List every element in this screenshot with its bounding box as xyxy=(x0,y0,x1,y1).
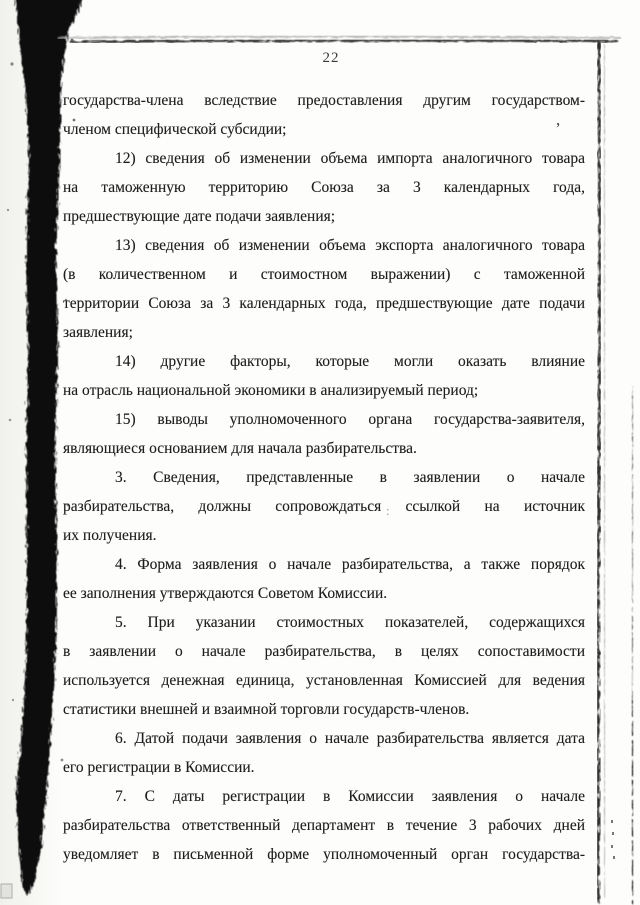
text-line: являющиеся основанием для начала разбира… xyxy=(63,434,585,463)
faint-colon-artifact: : xyxy=(386,503,390,519)
text-line: 12) сведения об изменении объема импорта… xyxy=(63,144,585,173)
top-border-halo xyxy=(58,37,621,39)
text-line: 7. С даты регистрации в Комиссии заявлен… xyxy=(63,782,585,811)
text-line: ее заполнения утверждаются Советом Комис… xyxy=(63,579,585,608)
text-line: 3. Сведения, представленные в заявлении … xyxy=(63,463,585,492)
document-text: государства-члена вследствие предоставле… xyxy=(63,86,585,869)
speck-artifact xyxy=(366,856,369,859)
text-line: территории Союза за 3 календарных года, … xyxy=(63,289,585,318)
text-line: разбирательства ответственный департамен… xyxy=(63,811,585,840)
text-line: его регистрации в Комиссии. xyxy=(63,753,585,782)
text-line: 13) сведения об изменении объема экспорт… xyxy=(63,231,585,260)
text-line: 14) другие факторы, которые могли оказат… xyxy=(63,347,585,376)
text-line: 6. Датой подачи заявления о начале разби… xyxy=(63,724,585,753)
right-margin-line-upper xyxy=(632,385,633,700)
text-line: используется денежная единица, установле… xyxy=(63,666,585,695)
text-line: в заявлении о начале разбирательства, в … xyxy=(63,637,585,666)
text-line: предшествующие дате подачи заявления; xyxy=(63,202,585,231)
text-line: членом специфической субсидии; xyxy=(63,115,585,144)
right-margin-line-lower xyxy=(632,700,633,905)
text-line: заявления; xyxy=(63,318,585,347)
text-line: 5. При указании стоимостных показателей,… xyxy=(63,608,585,637)
top-border-line xyxy=(70,40,618,42)
text-line: их получения. xyxy=(63,521,585,550)
text-line: на таможенную территорию Союза за 3 кале… xyxy=(63,173,585,202)
text-line: 15) выводы уполномоченного органа госуда… xyxy=(63,405,585,434)
text-line: государства-члена вследствие предоставле… xyxy=(63,86,585,115)
right-border-halo xyxy=(604,44,605,900)
scanned-page: 22 государства-члена вследствие предоста… xyxy=(0,0,640,905)
stray-comma-artifact: , xyxy=(556,110,560,130)
page-number: 22 xyxy=(70,50,592,67)
text-line: разбирательства, должны сопровождаться с… xyxy=(63,492,585,521)
text-line: статистики внешней и взаимной торговли г… xyxy=(63,695,585,724)
text-line: на отрасль национальной экономики в анал… xyxy=(63,376,585,405)
right-border-line xyxy=(598,41,600,903)
text-line: 4. Форма заявления о начале разбирательс… xyxy=(63,550,585,579)
text-line: уведомляет в письменной форме уполномоче… xyxy=(63,840,585,869)
corner-mark-artifact xyxy=(1,884,12,898)
dotted-trace-artifact xyxy=(611,820,615,859)
text-line: (в количественном и стоимостном выражени… xyxy=(63,260,585,289)
